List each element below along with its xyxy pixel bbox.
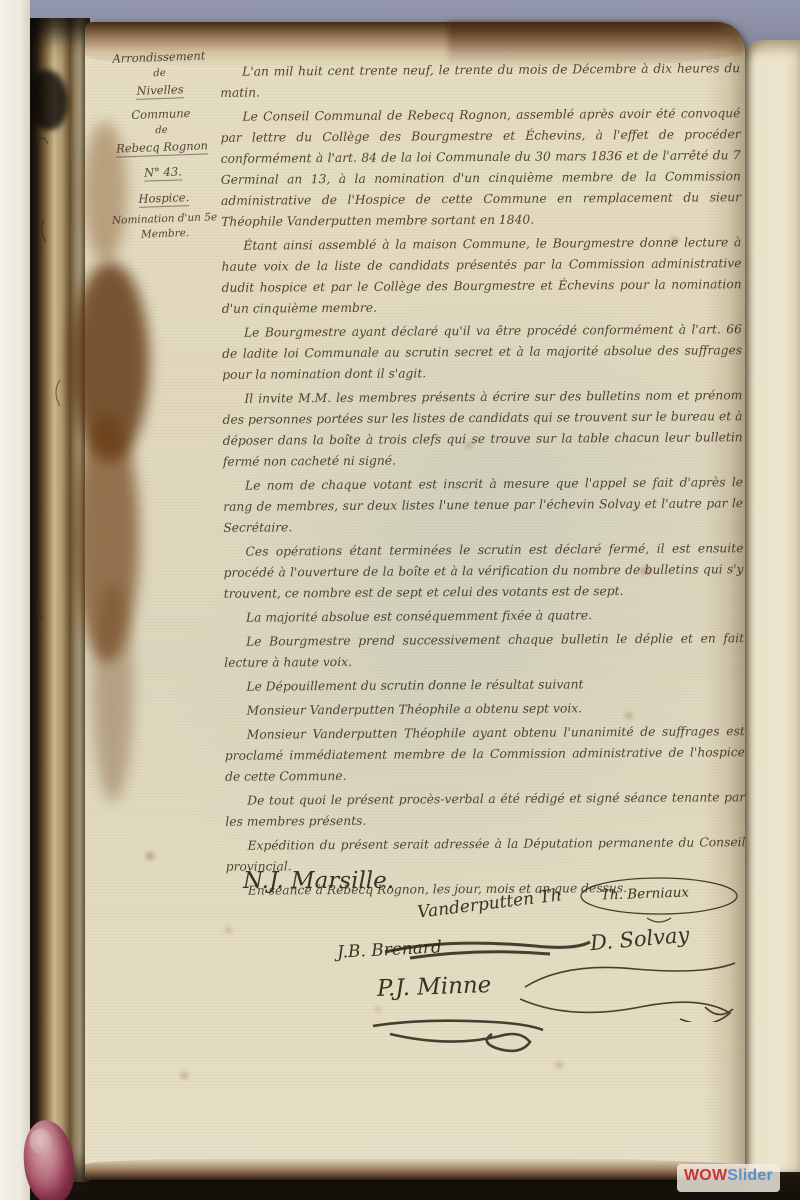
signature-marsille: N.J. Marsille. (243, 868, 394, 894)
burnt-bottom-edge (85, 1158, 745, 1180)
paragraph: Étant ainsi assemblé à la maison Commune… (221, 232, 742, 320)
foxing-spot (180, 1072, 189, 1079)
watermark-slider-text: Slider (727, 1167, 773, 1184)
paragraph: De tout quoi le présent procès-verbal a … (225, 787, 745, 833)
paragraph: Le Conseil Communal de Rebecq Rognon, as… (220, 103, 741, 233)
photo-of-manuscript: { "photo": { "description_colors": { "ba… (0, 0, 800, 1200)
paragraph: Le Bourgmestre ayant déclaré qu'il va êt… (222, 319, 742, 386)
margin-line: Hospice. (89, 186, 240, 210)
foxing-spot (555, 1062, 563, 1068)
paragraph: Ces opérations étant terminées le scruti… (223, 538, 743, 605)
wowslider-watermark: WOWSlider (677, 1164, 780, 1192)
paragraph: Monsieur Vanderputten Théophile ayant ob… (225, 721, 745, 788)
foxing-spot (145, 852, 155, 860)
signature-flourish (365, 1010, 555, 1055)
paragraph: Le nom de chaque votant est inscrit à me… (223, 472, 743, 539)
paragraph: Le Bourgmestre prend successivement chaq… (224, 628, 744, 674)
paragraph: Le Dépouillement du scrutin donne le rés… (224, 673, 744, 698)
left-white-page-edge (0, 0, 30, 1200)
margin-line: Nivelles (85, 78, 236, 102)
margin-line: N° 43. (88, 160, 239, 184)
paragraph: Il invite M.M. les membres présents à éc… (222, 385, 743, 473)
signature-berniaux: Th. Berniaux (601, 884, 690, 903)
watermark-wow-text: WOW (684, 1167, 727, 1184)
paragraph: L'an mil huit cent trente neuf, le trent… (220, 58, 740, 104)
margin-line: Rebecq Rognon (87, 135, 238, 159)
manuscript-body-text: L'an mil huit cent trente neuf, le trent… (220, 58, 746, 905)
water-stain (93, 582, 133, 802)
margin-annotations: Arrondissement de Nivelles Commune de Re… (84, 45, 241, 244)
signature-minne: P.J. Minne (377, 972, 492, 1002)
paragraph: La majorité absolue est conséquemment fi… (224, 604, 744, 629)
manuscript-page: Arrondissement de Nivelles Commune de Re… (85, 22, 745, 1180)
paragraph: Monsieur Vanderputten Théophile a obtenu… (225, 697, 745, 722)
foxing-spot (225, 927, 232, 933)
